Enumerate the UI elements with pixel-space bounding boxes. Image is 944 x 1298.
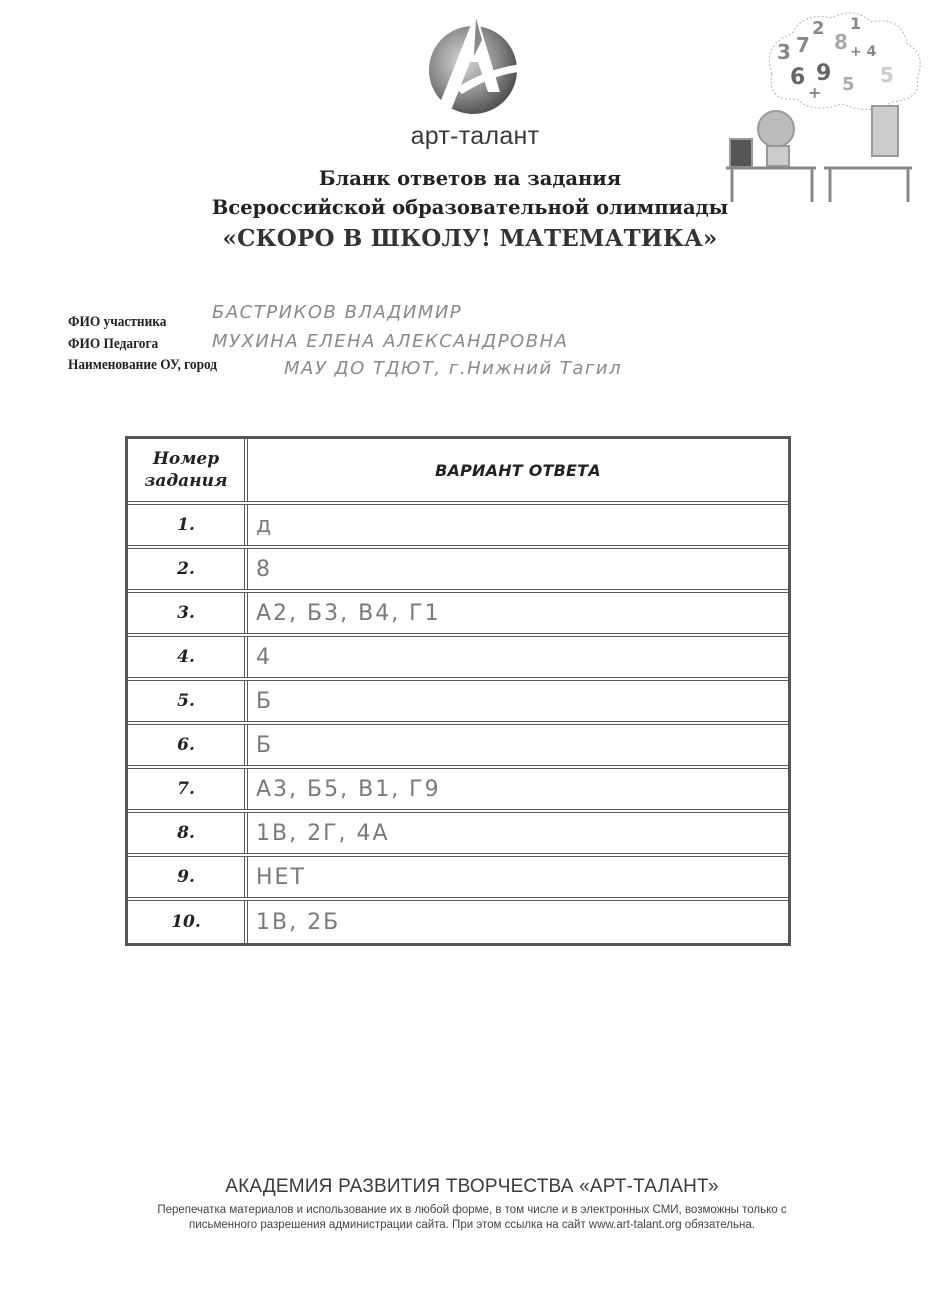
footer-notice-line-2: письменного разрешения администрации сай…: [80, 1218, 864, 1233]
answer-text: 8: [256, 557, 272, 582]
answer-text: 1В, 2Г, 4А: [256, 821, 390, 846]
table-row: 8. 1В, 2Г, 4А: [128, 809, 788, 853]
table-row: 1. д: [128, 501, 788, 545]
title-line-2: Всероссийской образовательной олимпиады: [150, 193, 790, 222]
task-number: 6.: [128, 725, 248, 765]
answer-cell[interactable]: д: [248, 505, 788, 545]
answer-text: Б: [256, 689, 273, 714]
svg-text:7: 7: [796, 33, 810, 57]
svg-text:2: 2: [812, 18, 825, 39]
table-row: 4. 4: [128, 633, 788, 677]
svg-text:+ 4: + 4: [850, 44, 877, 60]
answer-text: 1В, 2Б: [256, 910, 340, 935]
institution-label: Наименование ОУ, город: [68, 357, 217, 374]
answer-cell[interactable]: Б: [248, 725, 788, 765]
answer-text: А3, Б5, В1, Г9: [256, 777, 441, 802]
task-number: 7.: [128, 769, 248, 809]
footer-notice: Перепечатка материалов и использование и…: [80, 1203, 864, 1233]
answer-text: 4: [256, 645, 272, 670]
form-title: Бланк ответов на задания Всероссийской о…: [150, 164, 790, 256]
title-line-3: «СКОРО В ШКОЛУ! МАТЕМАТИКА»: [150, 222, 790, 256]
answer-cell[interactable]: 1В, 2Г, 4А: [248, 813, 788, 853]
table-row: 6. Б: [128, 721, 788, 765]
answer-cell[interactable]: 8: [248, 549, 788, 589]
answer-cell[interactable]: НЕТ: [248, 857, 788, 897]
footer-title: АКАДЕМИЯ РАЗВИТИЯ ТВОРЧЕСТВА «АРТ-ТАЛАНТ…: [100, 1176, 844, 1198]
task-number: 10.: [128, 901, 248, 943]
answer-cell[interactable]: 1В, 2Б: [248, 901, 788, 943]
answer-text: А2, Б3, В4, Г1: [256, 601, 441, 626]
answer-text: НЕТ: [256, 865, 306, 890]
task-number: 8.: [128, 813, 248, 853]
task-number: 9.: [128, 857, 248, 897]
teacher-label: ФИО Педагога: [68, 336, 158, 353]
svg-text:5: 5: [842, 74, 855, 95]
answer-cell[interactable]: А2, Б3, В4, Г1: [248, 593, 788, 633]
table-row: 7. А3, Б5, В1, Г9: [128, 765, 788, 809]
table-row: 2. 8: [128, 545, 788, 589]
art-talant-logo-icon: [418, 10, 528, 120]
svg-text:8: 8: [834, 30, 848, 54]
institution-field: Наименование ОУ, город: [68, 357, 230, 379]
participant-value[interactable]: БАСТРИКОВ ВЛАДИМИР: [212, 302, 462, 323]
task-number: 2.: [128, 549, 248, 589]
table-header-row: Номер задания ВАРИАНТ ОТВЕТА: [128, 439, 788, 501]
answer-text: д: [256, 513, 273, 538]
svg-text:6: 6: [790, 65, 805, 90]
answer-cell[interactable]: А3, Б5, В1, Г9: [248, 769, 788, 809]
column-header-number: Номер задания: [128, 439, 248, 501]
svg-text:5: 5: [880, 63, 894, 87]
answer-table: Номер задания ВАРИАНТ ОТВЕТА 1. д 2. 8 3…: [125, 436, 791, 946]
column-header-answer: ВАРИАНТ ОТВЕТА: [248, 439, 788, 501]
table-row: 5. Б: [128, 677, 788, 721]
svg-text:3: 3: [777, 40, 791, 64]
table-row: 9. НЕТ: [128, 853, 788, 897]
task-number: 3.: [128, 593, 248, 633]
teacher-value[interactable]: МУХИНА ЕЛЕНА АЛЕКСАНДРОВНА: [212, 331, 568, 352]
participant-field: ФИО участника: [68, 314, 175, 336]
task-number: 5.: [128, 681, 248, 721]
table-row: 10. 1В, 2Б: [128, 897, 788, 943]
task-number: 1.: [128, 505, 248, 545]
svg-text:1: 1: [850, 14, 861, 33]
task-number: 4.: [128, 637, 248, 677]
svg-text:+: +: [808, 83, 821, 102]
participant-label: ФИО участника: [68, 314, 166, 331]
institution-value[interactable]: МАУ ДО ТДЮТ, г.Нижний Тагил: [284, 358, 622, 379]
teacher-field: ФИО Педагога: [68, 336, 166, 358]
answer-cell[interactable]: 4: [248, 637, 788, 677]
brand-name: арт-талант: [380, 122, 570, 151]
title-line-1: Бланк ответов на задания: [150, 164, 790, 193]
answer-cell[interactable]: Б: [248, 681, 788, 721]
table-row: 3. А2, Б3, В4, Г1: [128, 589, 788, 633]
footer-notice-line-1: Перепечатка материалов и использование и…: [80, 1203, 864, 1218]
answer-text: Б: [256, 733, 273, 758]
